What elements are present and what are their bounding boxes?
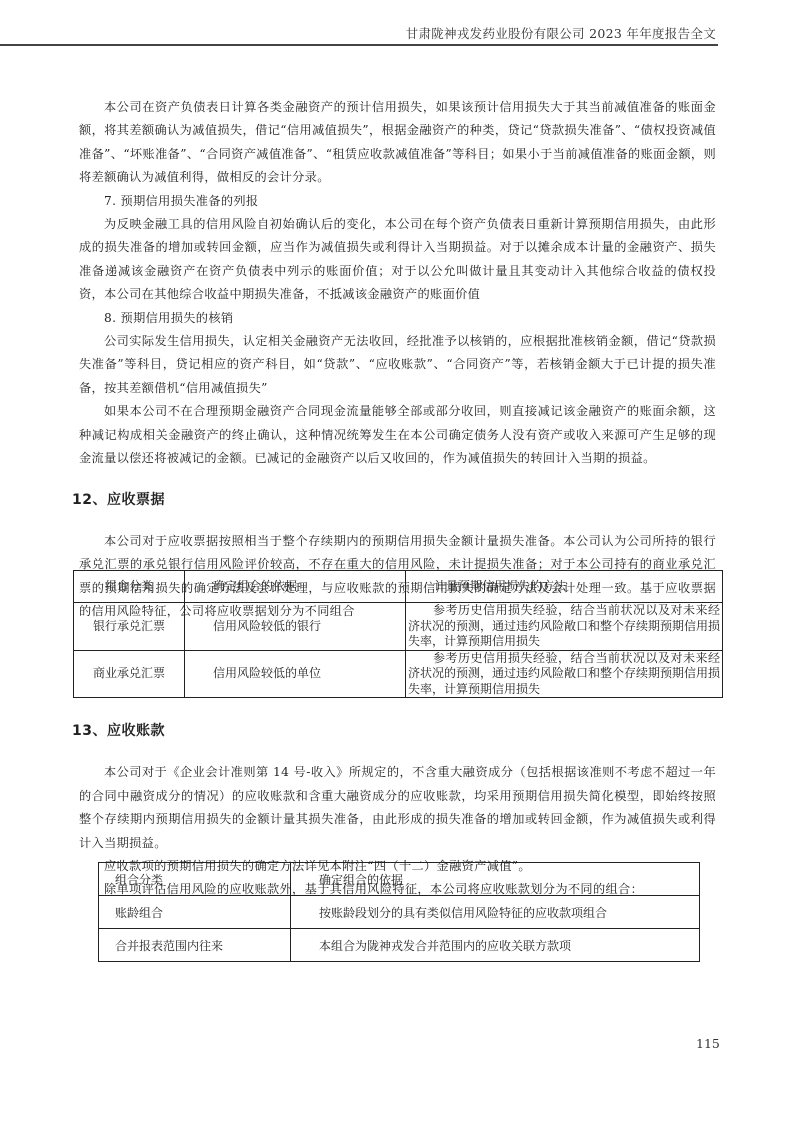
- table-header-row: 组合分类 确定组合的依据 计量预期信用损失的方法: [74, 571, 723, 603]
- table-row: 合并报表范围内往来 本组合为陇神戎发合并范围内的应收关联方款项: [99, 929, 700, 962]
- table-cell: 信用风险较低的银行: [185, 603, 406, 651]
- table-header-cell: 组合分类: [99, 863, 291, 896]
- table-cell-text: 参考历史信用损失经验，结合当前状况以及对未来经济状况的预测，通过违约风险敞口和整…: [408, 651, 720, 698]
- table-cell: 本组合为陇神戎发合并范围内的应收关联方款项: [291, 929, 700, 962]
- section-12-title: 12、应收票据: [72, 489, 716, 512]
- table-cell: 参考历史信用损失经验，结合当前状况以及对未来经济状况的预测，通过违约风险敞口和整…: [406, 603, 723, 651]
- paragraph-13-1: 本公司对于《企业会计准则第 14 号-收入》所规定的，不含重大融资成分（包括根据…: [79, 761, 716, 855]
- paragraph-8-2: 如果本公司不在合理预期金融资产合同现金流量能够全部或部分收回，则直接减记该金融资…: [79, 400, 716, 470]
- table-header-cell: 确定组合的依据: [291, 863, 700, 896]
- table-row: 账龄组合 按账龄段划分的具有类似信用风险特征的应收款项组合: [99, 896, 700, 929]
- subheading-8: 8. 预期信用损失的核销: [79, 307, 716, 330]
- table-cell-text: 参考历史信用损失经验，结合当前状况以及对未来经济状况的预测，通过违约风险敞口和整…: [408, 603, 720, 650]
- table-cell: 按账龄段划分的具有类似信用风险特征的应收款项组合: [291, 896, 700, 929]
- header-rule: [0, 44, 718, 46]
- paragraph-impairment-accounting: 本公司在资产负债表日计算各类金融资产的预计信用损失，如果该预计信用损失大于其当前…: [79, 96, 716, 190]
- table-header-cell: 计量预期信用损失的方法: [406, 571, 723, 603]
- table-cell: 合并报表范围内往来: [99, 929, 291, 962]
- table-cell: 商业承兑汇票: [74, 650, 185, 698]
- table-header-cell: 组合分类: [74, 571, 185, 603]
- table-header-cell: 确定组合的依据: [185, 571, 406, 603]
- table-row: 商业承兑汇票 信用风险较低的单位 参考历史信用损失经验，结合当前状况以及对未来经…: [74, 650, 723, 698]
- notes-receivable-table: 组合分类 确定组合的依据 计量预期信用损失的方法 银行承兑汇票 信用风险较低的银…: [73, 570, 723, 698]
- accounts-receivable-table: 组合分类 确定组合的依据 账龄组合 按账龄段划分的具有类似信用风险特征的应收款项…: [98, 862, 700, 962]
- page-number: 115: [696, 1036, 720, 1051]
- paragraph-7: 为反映金融工具的信用风险自初始确认后的变化，本公司在每个资产负债表日重新计算预期…: [79, 213, 716, 307]
- page-body: 本公司在资产负债表日计算各类金融资产的预计信用损失，如果该预计信用损失大于其当前…: [79, 96, 716, 624]
- running-header: 甘肃陇神戎发药业股份有限公司 2023 年年度报告全文: [0, 24, 716, 42]
- table-row: 银行承兑汇票 信用风险较低的银行 参考历史信用损失经验，结合当前状况以及对未来经…: [74, 603, 723, 651]
- section-13-title: 13、应收账款: [72, 720, 716, 743]
- subheading-7: 7. 预期信用损失准备的列报: [79, 190, 716, 213]
- table-cell: 参考历史信用损失经验，结合当前状况以及对未来经济状况的预测，通过违约风险敞口和整…: [406, 650, 723, 698]
- paragraph-8-1: 公司实际发生信用损失，认定相关金融资产无法收回，经批准予以核销的，应根据批准核销…: [79, 330, 716, 400]
- table-cell: 信用风险较低的单位: [185, 650, 406, 698]
- table-cell: 银行承兑汇票: [74, 603, 185, 651]
- table-cell: 账龄组合: [99, 896, 291, 929]
- table-header-row: 组合分类 确定组合的依据: [99, 863, 700, 896]
